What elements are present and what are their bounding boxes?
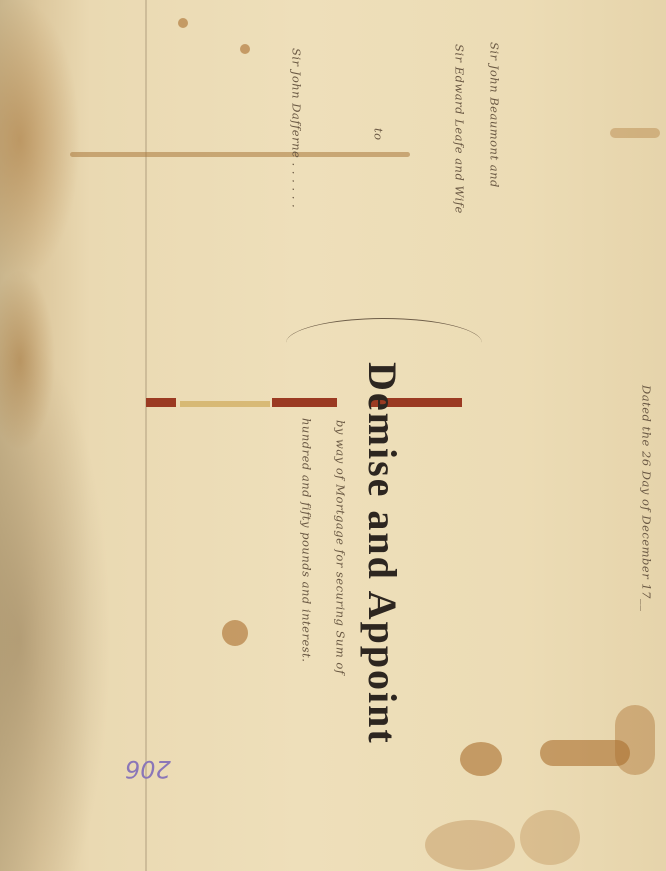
stain <box>178 18 188 28</box>
document-title: Demise and Appoint <box>362 362 402 745</box>
stain <box>615 705 655 775</box>
subtitle-line-1: by way of Mortgage for securing Sum of <box>334 420 346 675</box>
pencil-catalog-number: 206 <box>125 755 171 783</box>
subtitle-line-2: hundred and fifty pounds and interest. <box>300 418 312 662</box>
stain <box>222 620 248 646</box>
manuscript-page: Sir John Beaumont and Sir Edward Leafe a… <box>0 0 666 871</box>
red-tape-mark <box>272 398 337 407</box>
to-label: to <box>372 128 384 141</box>
stain <box>240 44 250 54</box>
red-tape-mark <box>146 398 176 407</box>
stain <box>610 128 660 138</box>
stain <box>425 820 515 870</box>
parties-line-1: Sir John Beaumont and <box>488 42 500 188</box>
parties-line-2: Sir Edward Leafe and Wife <box>453 44 465 214</box>
stain <box>520 810 580 865</box>
tape-residue <box>180 401 270 407</box>
stain <box>460 742 502 776</box>
horizontal-crease-stain <box>70 152 410 157</box>
brace <box>286 318 482 343</box>
vertical-fold-line <box>145 0 147 871</box>
date-line: Dated the 26 Day of December 17__ <box>640 385 652 612</box>
parties-line-3: Sir John Dafferne . . . . . . <box>290 48 302 208</box>
